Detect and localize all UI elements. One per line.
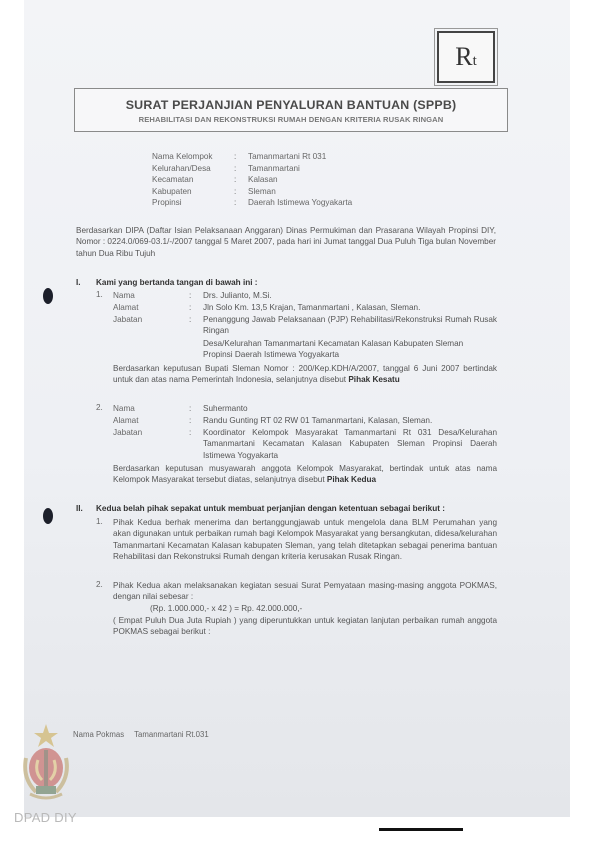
party-1-alamat: Alamat:Jln Solo Km. 13,5 Krajan, Tamanma… — [113, 302, 497, 313]
rt-corner-box: Rt — [437, 31, 495, 83]
party-2-designation: Pihak Kedua — [327, 475, 376, 484]
party-2-jabatan: Jabatan:Koordinator Kelompok Masyarakat … — [113, 427, 497, 461]
info-row-kelurahan: Kelurahan/Desa:Tamanmartani — [152, 164, 352, 176]
document-title: SURAT PERJANJIAN PENYALURAN BANTUAN (SPP… — [75, 98, 507, 112]
clause-2-formula: (Rp. 1.000.000,- x 42 ) = Rp. 42.000.000… — [150, 603, 450, 614]
section-2-heading: Kedua belah pihak sepakat untuk membuat … — [96, 504, 445, 513]
rt-main-letter: R — [455, 42, 472, 72]
party-1-basis: Berdasarkan keputusan Bupati Sleman Nomo… — [113, 363, 497, 386]
footer-label: Nama Pokmas — [73, 730, 124, 739]
info-row-propinsi: Propinsi:Daerah Istimewa Yogyakarta — [152, 198, 352, 210]
section-1-heading: Kami yang bertanda tangan di bawah ini : — [96, 278, 258, 287]
title-box: SURAT PERJANJIAN PENYALURAN BANTUAN (SPP… — [74, 88, 508, 132]
party-1-nama: Nama:Drs. Julianto, M.Si. — [113, 290, 497, 301]
party-1-jabatan-extra: Desa/Kelurahan Tamanmartani Kecamatan Ka… — [203, 338, 493, 361]
info-row-nama-kelompok: Nama Kelompok:Tamanmartani Rt 031 — [152, 152, 352, 164]
footer-value: Tamanmartani Rt.031 — [134, 730, 209, 739]
info-row-kecamatan: Kecamatan:Kalasan — [152, 175, 352, 187]
party-2-number: 2. — [96, 403, 103, 412]
scan-edge-bar — [379, 828, 463, 831]
clause-2-text: Pihak Kedua akan melaksanakan kegiatan s… — [113, 580, 497, 603]
clause-1-number: 1. — [96, 517, 103, 526]
party-1-number: 1. — [96, 290, 103, 299]
party-2-basis: Berdasarkan keputusan musyawarah anggota… — [113, 463, 497, 486]
section-1-numeral: I. — [76, 278, 81, 287]
clause-2-text2: ( Empat Puluh Dua Juta Rupiah ) yang dip… — [113, 615, 497, 638]
party-2-nama: Nama:Suhermanto — [113, 403, 497, 414]
party-2-alamat: Alamat:Randu Gunting RT 02 RW 01 Tamanma… — [113, 415, 497, 426]
clause-2-number: 2. — [96, 580, 103, 589]
group-info-table: Nama Kelompok:Tamanmartani Rt 031 Kelura… — [152, 152, 352, 210]
party-1-jabatan: Jabatan:Penanggung Jawab Pelaksanaan (PJ… — [113, 314, 497, 337]
document-subtitle: REHABILITASI DAN REKONSTRUKSI RUMAH DENG… — [75, 115, 507, 124]
party-1-designation: Pihak Kesatu — [348, 375, 399, 384]
punch-hole — [43, 288, 53, 304]
clause-1-text: Pihak Kedua berhak menerima dan bertangg… — [113, 517, 497, 563]
watermark: DPAD DIY — [14, 810, 77, 825]
intro-paragraph: Berdasarkan DIPA (Daftar Isian Pelaksana… — [76, 225, 496, 259]
footer-pokmas: Nama PokmasTamanmartani Rt.031 — [73, 730, 209, 739]
punch-hole — [43, 508, 53, 524]
yogyakarta-emblem-icon — [14, 722, 78, 806]
section-2-numeral: II. — [76, 504, 83, 513]
rt-sub-letter: t — [473, 53, 477, 70]
info-row-kabupaten: Kabupaten:Sleman — [152, 187, 352, 199]
